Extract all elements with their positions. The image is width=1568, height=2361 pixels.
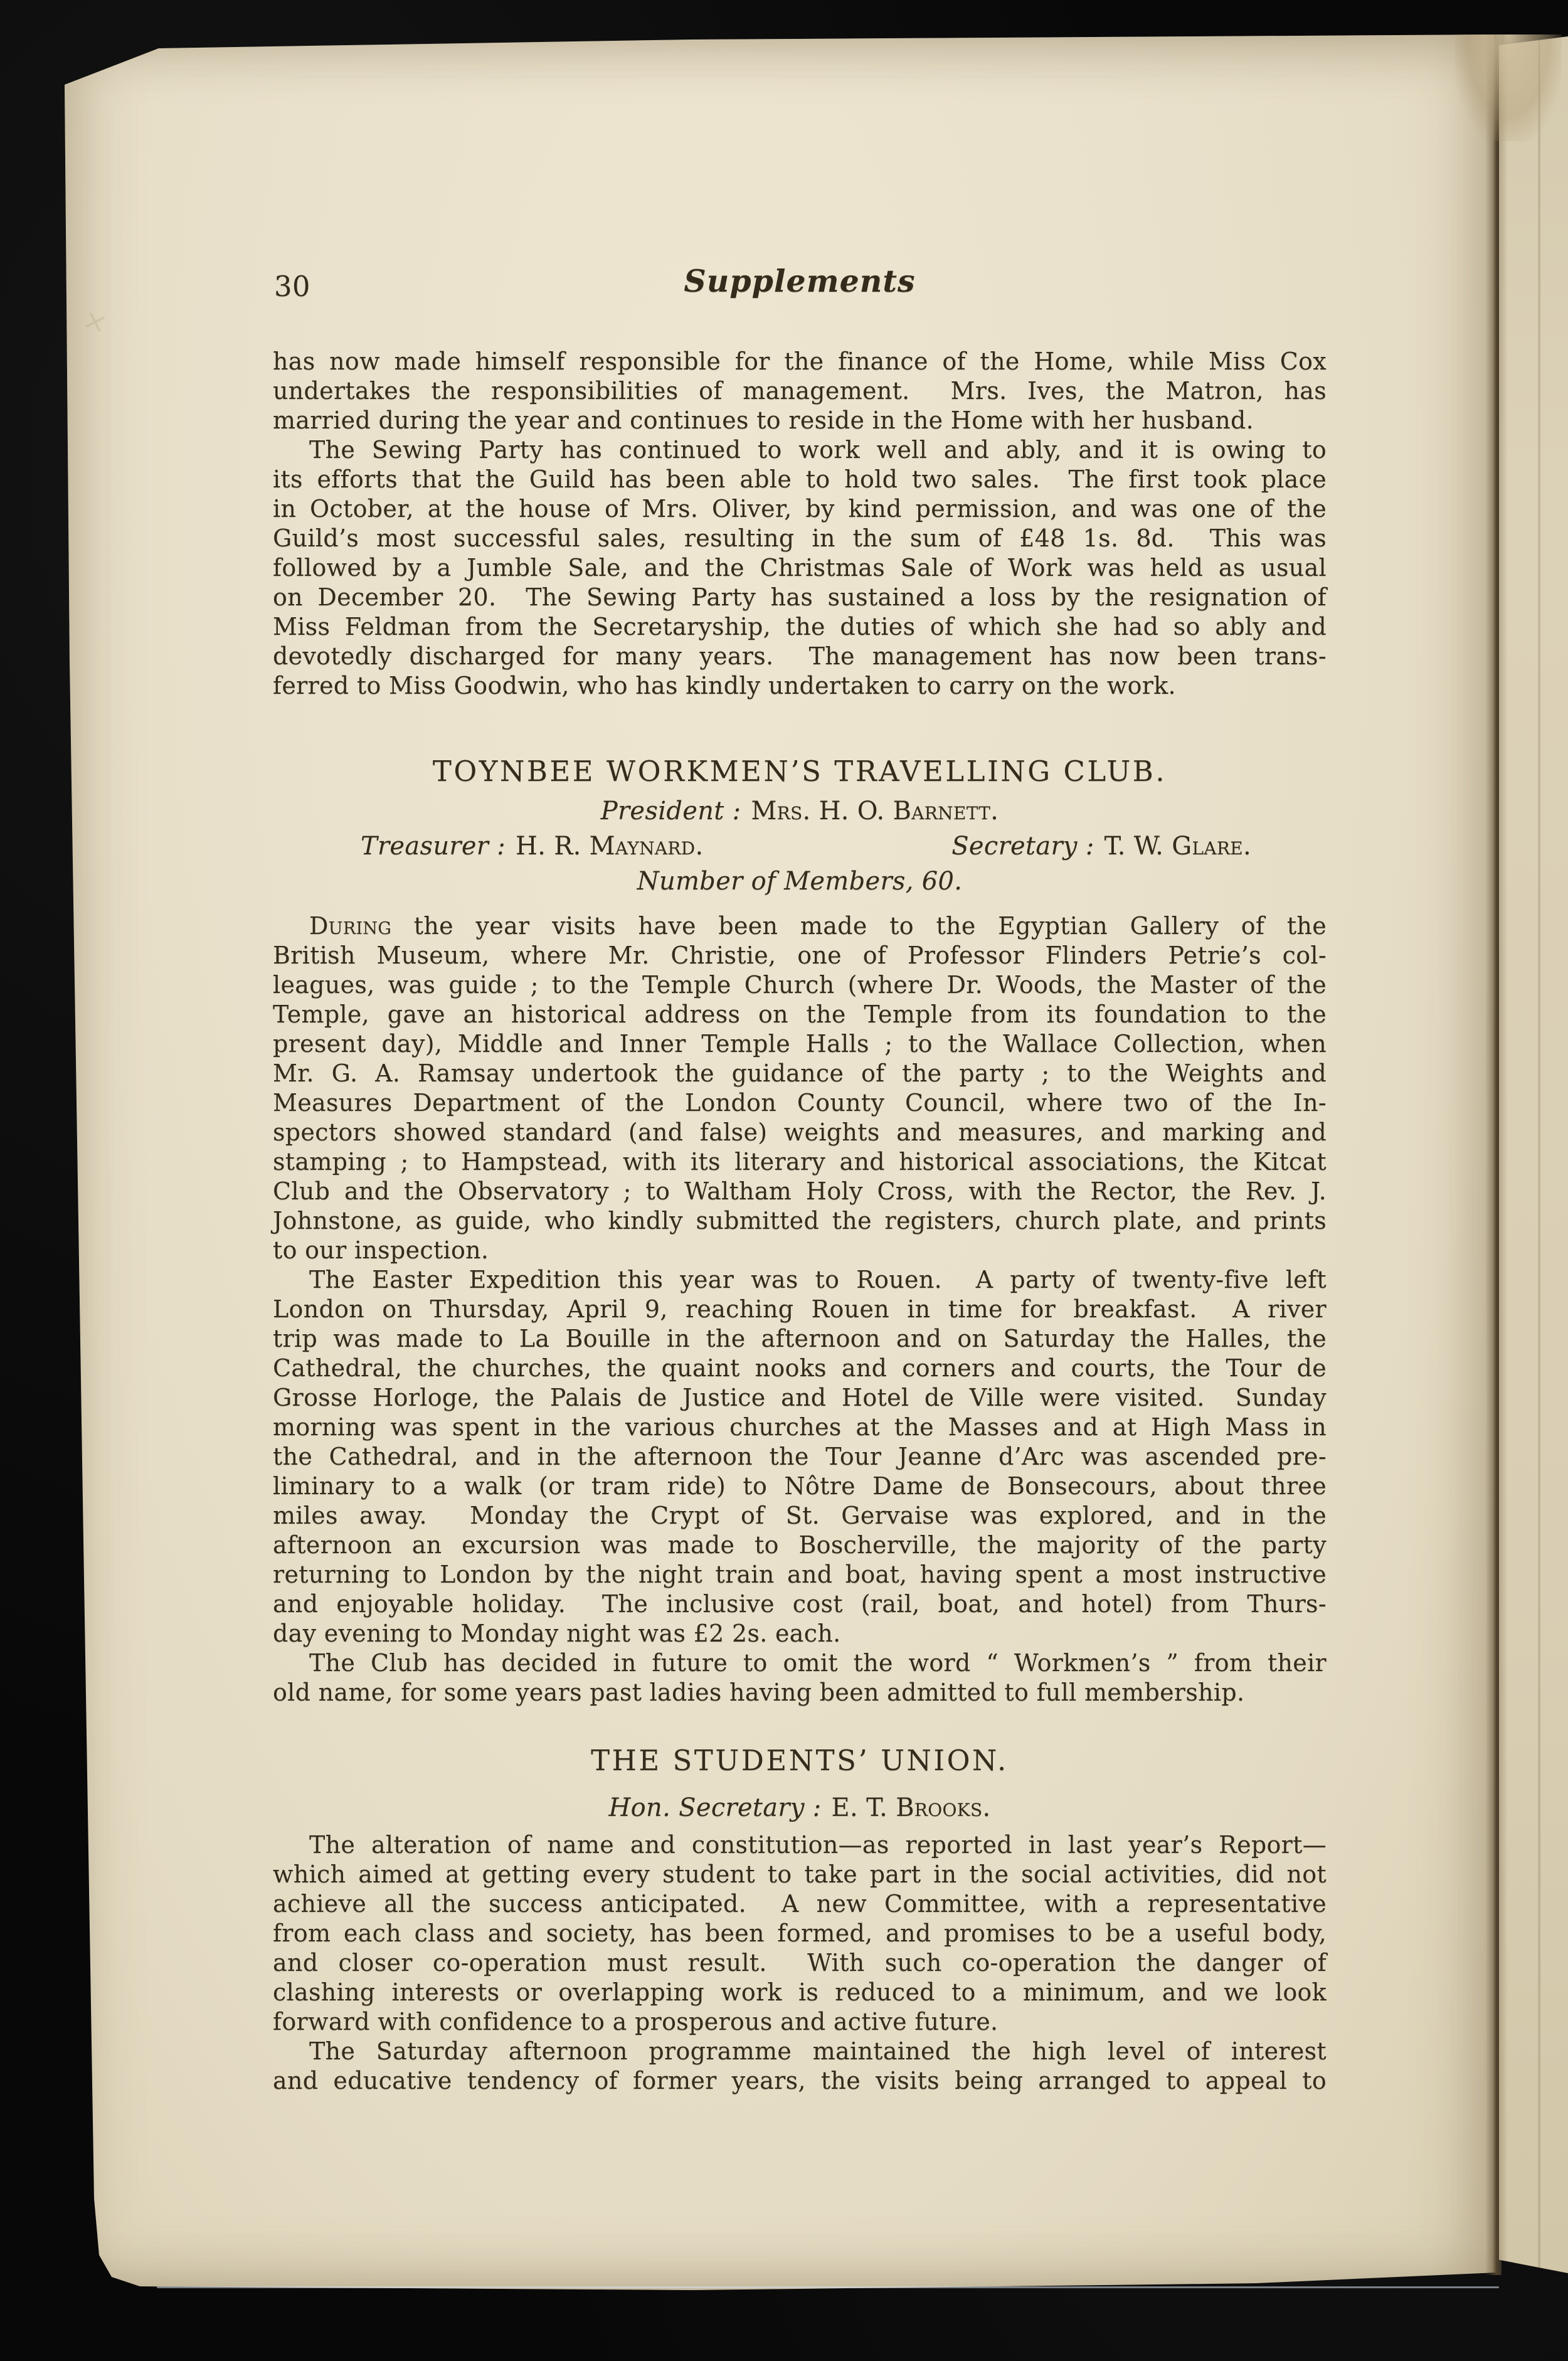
text-line: Temple, gave an historical address on th… xyxy=(273,1000,1327,1029)
officers-row: Treasurer :H. R. Maynard. Secretary :T. … xyxy=(273,829,1327,864)
text-line: London on Thursday, April 9, reaching Ro… xyxy=(273,1295,1327,1324)
text-line: stamping ; to Hampstead, with its litera… xyxy=(273,1147,1327,1177)
text-line: miles away. Monday the Crypt of St. Gerv… xyxy=(273,1501,1327,1531)
text-line: has now made himself responsible for the… xyxy=(273,347,1327,376)
hon-secretary-line: Hon. Secretary :E. T. Brooks. xyxy=(273,1790,1327,1825)
text-line: which aimed at getting every student to … xyxy=(273,1860,1327,1889)
text-line: spectors showed standard (and false) wei… xyxy=(273,1118,1327,1147)
spacer xyxy=(273,899,1327,911)
text-line: afternoon an excursion was made to Bosch… xyxy=(273,1531,1327,1560)
president-name: Mrs. H. O. Barnett. xyxy=(751,797,999,825)
text-line: in October, at the house of Mrs. Oliver,… xyxy=(273,494,1327,524)
book-page: × 30 Supplements has now made himself re… xyxy=(65,34,1496,2293)
text-line: The Sewing Party has continued to work w… xyxy=(273,435,1327,465)
text-line: and educative tendency of former years, … xyxy=(273,2066,1327,2096)
text-line: old name, for some years past ladies hav… xyxy=(273,1678,1327,1707)
paragraph-easter-expedition: The Easter Expedition this year was to R… xyxy=(273,1265,1327,1648)
text-line: married during the year and continues to… xyxy=(273,406,1327,435)
text-line: The Saturday afternoon programme maintai… xyxy=(273,2037,1327,2066)
text-line: British Museum, where Mr. Christie, one … xyxy=(273,941,1327,970)
running-header: Supplements xyxy=(273,267,1327,296)
text-line: Miss Feldman from the Secretaryship, the… xyxy=(273,612,1327,642)
hon-secretary-label: Hon. Secretary : xyxy=(608,1793,821,1822)
scan-background: × 30 Supplements has now made himself re… xyxy=(0,0,1568,2361)
text-line: to our inspection. xyxy=(273,1236,1327,1265)
text-line: followed by a Jumble Sale, and the Chris… xyxy=(273,553,1327,583)
paragraph-finance: has now made himself responsible for the… xyxy=(273,347,1327,435)
text-line: Mr. G. A. Ramsay undertook the guidance … xyxy=(273,1059,1327,1088)
text-line: Grosse Horloge, the Palais de Justice an… xyxy=(273,1383,1327,1413)
secretary-label: Secretary : xyxy=(951,832,1094,861)
text-line: The alteration of name and constitution—… xyxy=(273,1830,1327,1860)
text-line: During the year visits have been made to… xyxy=(273,911,1327,941)
paragraph-saturday-programme: The Saturday afternoon programme maintai… xyxy=(273,2037,1327,2096)
text-line: ferred to Miss Goodwin, who has kindly u… xyxy=(273,671,1327,701)
secretary-line: Secretary :T. W. Glare. xyxy=(951,829,1251,864)
paragraph-name-change: The Club has decided in future to omit t… xyxy=(273,1648,1327,1707)
treasurer-line: Treasurer :H. R. Maynard. xyxy=(361,829,704,864)
secretary-name: T. W. Glare. xyxy=(1104,832,1251,861)
text-line: Guild’s most successful sales, resulting… xyxy=(273,524,1327,553)
text-line: and closer co-operation must result. Wit… xyxy=(273,1948,1327,1978)
president-line: President :Mrs. H. O. Barnett. xyxy=(273,793,1327,829)
binding-fold-notch xyxy=(1455,34,1562,141)
page-bottom-edge-highlight xyxy=(157,2286,1499,2288)
text-line: The Easter Expedition this year was to R… xyxy=(273,1265,1327,1295)
president-label: President : xyxy=(601,797,741,825)
section-heading-students-union: THE STUDENTS’ UNION. xyxy=(273,1743,1327,1779)
text-line: on December 20. The Sewing Party has sus… xyxy=(273,583,1327,612)
text-line: clashing interests or overlapping work i… xyxy=(273,1978,1327,2007)
treasurer-name: H. R. Maynard. xyxy=(516,832,704,861)
text-line: from each class and society, has been fo… xyxy=(273,1919,1327,1948)
treasurer-label: Treasurer : xyxy=(361,832,506,861)
text-line: achieve all the success anticipated. A n… xyxy=(273,1889,1327,1919)
text-line: and enjoyable holiday. The inclusive cos… xyxy=(273,1589,1327,1619)
text-line: Club and the Observatory ; to Waltham Ho… xyxy=(273,1177,1327,1206)
page-content: 30 Supplements has now made himself resp… xyxy=(273,267,1327,2096)
members-count-line: Number of Members, 60. xyxy=(273,864,1327,899)
text-line: day evening to Monday night was £2 2s. e… xyxy=(273,1619,1327,1648)
text-line: liminary to a walk (or tram ride) to Nôt… xyxy=(273,1472,1327,1501)
text-line: forward with confidence to a prosperous … xyxy=(273,2007,1327,2037)
text-line: The Club has decided in future to omit t… xyxy=(273,1648,1327,1678)
text-line: Measures Department of the London County… xyxy=(273,1088,1327,1118)
next-page-edge xyxy=(1499,36,1568,2273)
text-line: undertakes the responsibilities of manag… xyxy=(273,376,1327,406)
text-line: morning was spent in the various churche… xyxy=(273,1413,1327,1442)
text-line: trip was made to La Bouille in the after… xyxy=(273,1324,1327,1354)
page-header: 30 Supplements xyxy=(273,267,1327,305)
text-line: Johnstone, as guide, who kindly submitte… xyxy=(273,1206,1327,1236)
text-line: Cathedral, the churches, the quaint nook… xyxy=(273,1354,1327,1383)
paragraph-visits: During the year visits have been made to… xyxy=(273,911,1327,1265)
text-line: present day), Middle and Inner Temple Ha… xyxy=(273,1029,1327,1059)
paragraph-constitution: The alteration of name and constitution—… xyxy=(273,1830,1327,2037)
text-line: returning to London by the night train a… xyxy=(273,1560,1327,1589)
text-line: its efforts that the Guild has been able… xyxy=(273,465,1327,494)
text-line: the Cathedral, and in the afternoon the … xyxy=(273,1442,1327,1472)
section-heading-travelling-club: TOYNBEE WORKMEN’S TRAVELLING CLUB. xyxy=(273,753,1327,790)
paragraph-sewing-party: The Sewing Party has continued to work w… xyxy=(273,435,1327,701)
pencil-mark: × xyxy=(79,301,112,341)
opening-word: During xyxy=(309,912,391,940)
hon-secretary-name: E. T. Brooks. xyxy=(832,1793,991,1822)
text-line: leagues, was guide ; to the Temple Churc… xyxy=(273,970,1327,1000)
opening-line-rest: the year visits have been made to the Eg… xyxy=(391,912,1327,940)
text-line: devotedly discharged for many years. The… xyxy=(273,642,1327,671)
